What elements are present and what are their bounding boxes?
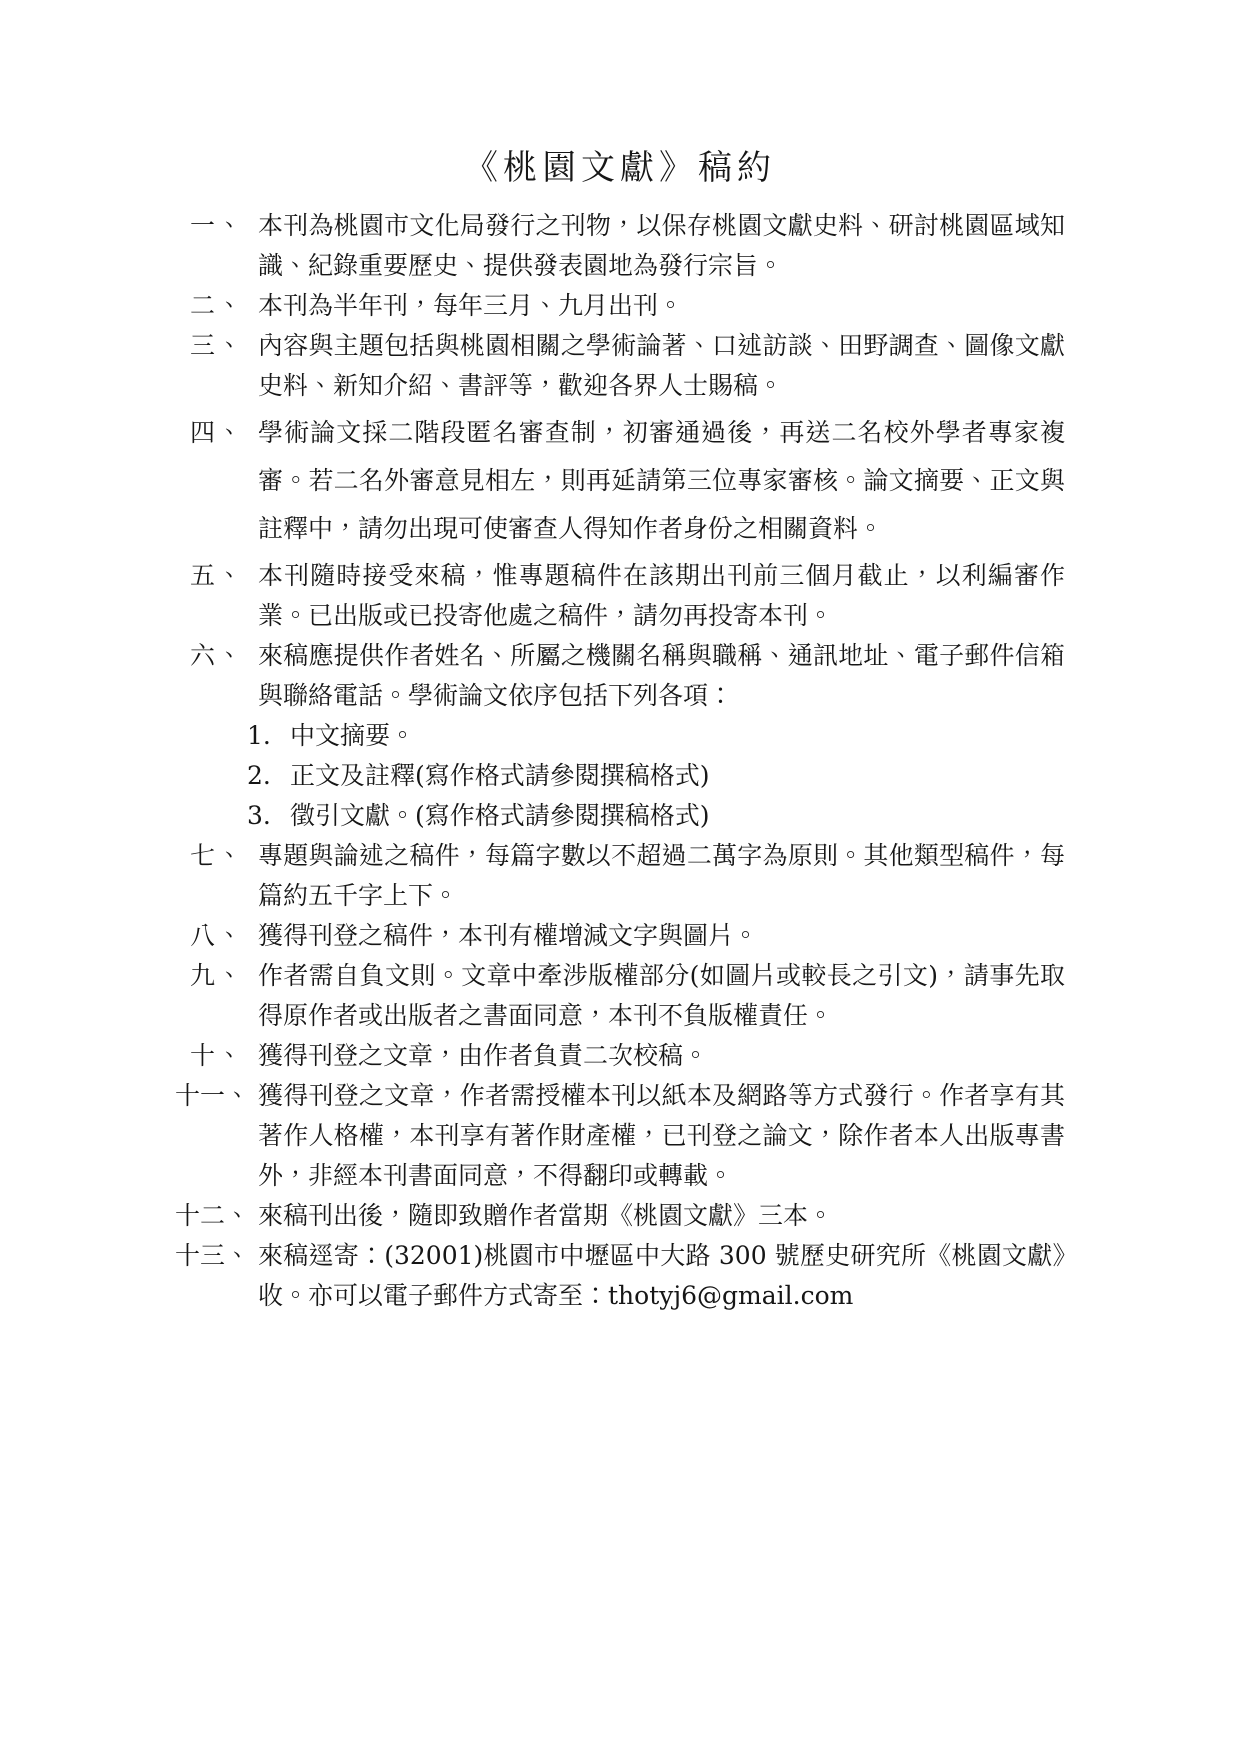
guidelines-list: 一、 本刊為桃園市文化局發行之刊物，以保存桃園文獻史料、研討桃園區域知識、紀錄重… [0, 206, 1240, 1316]
guideline-item-5: 五、 本刊隨時接受來稿，惟專題稿件在該期出刊前三個月截止，以利編審作業。已出版或… [0, 556, 1240, 636]
item-number: 一、 [190, 206, 258, 246]
guideline-item-6-sub-2: 2. 正文及註釋(寫作格式請參閱撰稿格式) [0, 756, 1240, 796]
guideline-item-6-sub-3: 3. 徵引文獻。(寫作格式請參閱撰稿格式) [0, 796, 1240, 836]
item-number: 六、 [190, 636, 258, 676]
guideline-item-2: 二、 本刊為半年刊，每年三月、九月出刊。 [0, 286, 1240, 326]
item-text: 作者需自負文則。文章中牽涉版權部分(如圖片或較長之引文)，請事先取得原作者或出版… [258, 956, 1065, 1036]
guideline-item-13: 十三、 來稿逕寄：(32001)桃園市中壢區中大路 300 號歷史研究所《桃園文… [0, 1236, 1240, 1316]
guideline-item-11: 十一、 獲得刊登之文章，作者需授權本刊以紙本及網路等方式發行。作者享有其著作人格… [0, 1076, 1240, 1196]
item-text: 來稿應提供作者姓名、所屬之機關名稱與職稱、通訊地址、電子郵件信箱與聯絡電話。學術… [258, 636, 1065, 716]
sub-item-number: 2. [247, 756, 290, 796]
guideline-item-1: 一、 本刊為桃園市文化局發行之刊物，以保存桃園文獻史料、研討桃園區域知識、紀錄重… [0, 206, 1240, 286]
item-text: 本刊為桃園市文化局發行之刊物，以保存桃園文獻史料、研討桃園區域知識、紀錄重要歷史… [258, 206, 1065, 286]
item-number: 十三、 [175, 1236, 258, 1276]
item-text: 本刊隨時接受來稿，惟專題稿件在該期出刊前三個月截止，以利編審作業。已出版或已投寄… [258, 556, 1065, 636]
item-number: 七、 [190, 836, 258, 876]
item-text: 獲得刊登之稿件，本刊有權增減文字與圖片。 [258, 916, 1065, 956]
document-page: 《桃園文獻》稿約 一、 本刊為桃園市文化局發行之刊物，以保存桃園文獻史料、研討桃… [0, 0, 1240, 1754]
item-number: 十一、 [175, 1076, 258, 1116]
item-number: 五、 [190, 556, 258, 596]
item-text: 學術論文採二階段匿名審查制，初審通過後，再送二名校外學者專家複審。若二名外審意見… [258, 409, 1065, 553]
item-number: 二、 [190, 286, 258, 326]
guideline-item-7: 七、 專題與論述之稿件，每篇字數以不超過二萬字為原則。其他類型稿件，每篇約五千字… [0, 836, 1240, 916]
item-number: 十二、 [175, 1196, 258, 1236]
guideline-item-4: 四、 學術論文採二階段匿名審查制，初審通過後，再送二名校外學者專家複審。若二名外… [0, 406, 1240, 556]
guideline-item-6: 六、 來稿應提供作者姓名、所屬之機關名稱與職稱、通訊地址、電子郵件信箱與聯絡電話… [0, 636, 1240, 716]
item-text: 來稿刊出後，隨即致贈作者當期《桃園文獻》三本。 [258, 1196, 1065, 1236]
guideline-item-10: 十、 獲得刊登之文章，由作者負責二次校稿。 [0, 1036, 1240, 1076]
item-text: 內容與主題包括與桃園相關之學術論著、口述訪談、田野調查、圖像文獻史料、新知介紹、… [258, 326, 1065, 406]
item-text: 獲得刊登之文章，作者需授權本刊以紙本及網路等方式發行。作者享有其著作人格權，本刊… [258, 1076, 1065, 1196]
item-text: 獲得刊登之文章，由作者負責二次校稿。 [258, 1036, 1065, 1076]
guideline-item-6-sub-1: 1. 中文摘要。 [0, 716, 1240, 756]
sub-item-number: 1. [247, 716, 290, 756]
item-text: 本刊為半年刊，每年三月、九月出刊。 [258, 286, 1065, 326]
item-number: 四、 [190, 409, 258, 457]
item-text: 專題與論述之稿件，每篇字數以不超過二萬字為原則。其他類型稿件，每篇約五千字上下。 [258, 836, 1065, 916]
item-text: 來稿逕寄：(32001)桃園市中壢區中大路 300 號歷史研究所《桃園文獻》收。… [258, 1236, 1065, 1316]
guideline-item-12: 十二、 來稿刊出後，隨即致贈作者當期《桃園文獻》三本。 [0, 1196, 1240, 1236]
sub-item-number: 3. [247, 796, 290, 836]
sub-item-text: 徵引文獻。(寫作格式請參閱撰稿格式) [290, 796, 1065, 836]
sub-item-text: 正文及註釋(寫作格式請參閱撰稿格式) [290, 756, 1065, 796]
item-number: 九、 [190, 956, 258, 996]
item-number: 十、 [190, 1036, 258, 1076]
guideline-item-9: 九、 作者需自負文則。文章中牽涉版權部分(如圖片或較長之引文)，請事先取得原作者… [0, 956, 1240, 1036]
item-number: 八、 [190, 916, 258, 956]
sub-item-text: 中文摘要。 [290, 716, 1065, 756]
guideline-item-8: 八、 獲得刊登之稿件，本刊有權增減文字與圖片。 [0, 916, 1240, 956]
page-title: 《桃園文獻》稿約 [0, 146, 1240, 190]
guideline-item-3: 三、 內容與主題包括與桃園相關之學術論著、口述訪談、田野調查、圖像文獻史料、新知… [0, 326, 1240, 406]
item-number: 三、 [190, 326, 258, 366]
